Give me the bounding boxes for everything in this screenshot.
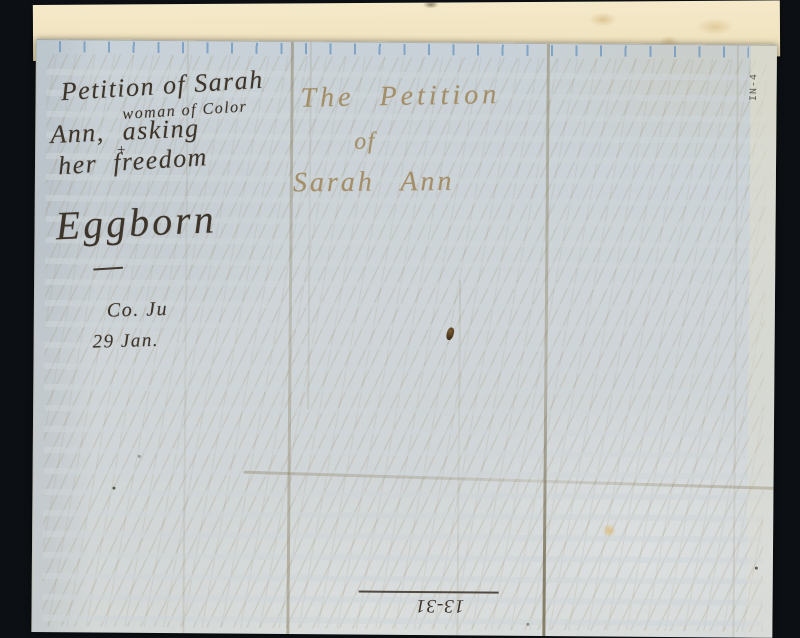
- fold-crease-vertical-4: [456, 280, 461, 635]
- fold-crease-vertical-2: [286, 42, 294, 634]
- edge-annotation: IN-4: [749, 73, 760, 101]
- blue-ruling-ticks: [59, 41, 749, 57]
- page-right-edge-shading: [746, 46, 777, 638]
- fold-crease-horizontal: [244, 471, 774, 490]
- ink-blot: [445, 327, 455, 341]
- fold-crease-vertical-5: [542, 44, 550, 636]
- fold-crease-vertical-6: [732, 46, 739, 638]
- title-line-2: of: [354, 128, 376, 156]
- paper-speck: [112, 487, 115, 490]
- underline-flourish: [93, 267, 123, 271]
- paper-speck: [526, 623, 529, 626]
- date-note: 29 Jan.: [92, 330, 159, 354]
- petition-page: Petition of Sarah woman of Color Ann, as…: [31, 39, 777, 638]
- title-line-3: Sarah Ann: [293, 166, 455, 200]
- archival-number: 13-31: [358, 591, 498, 617]
- paper-speck: [138, 455, 141, 458]
- foxing-stain: [603, 522, 615, 538]
- title-line-1: The Petition: [300, 79, 500, 115]
- clerk-name: Eggborn: [55, 195, 218, 249]
- paper-speck: [755, 567, 758, 570]
- court-note: Co. Ju: [107, 298, 169, 323]
- scan-background: Petition of Sarah woman of Color Ann, as…: [0, 0, 800, 638]
